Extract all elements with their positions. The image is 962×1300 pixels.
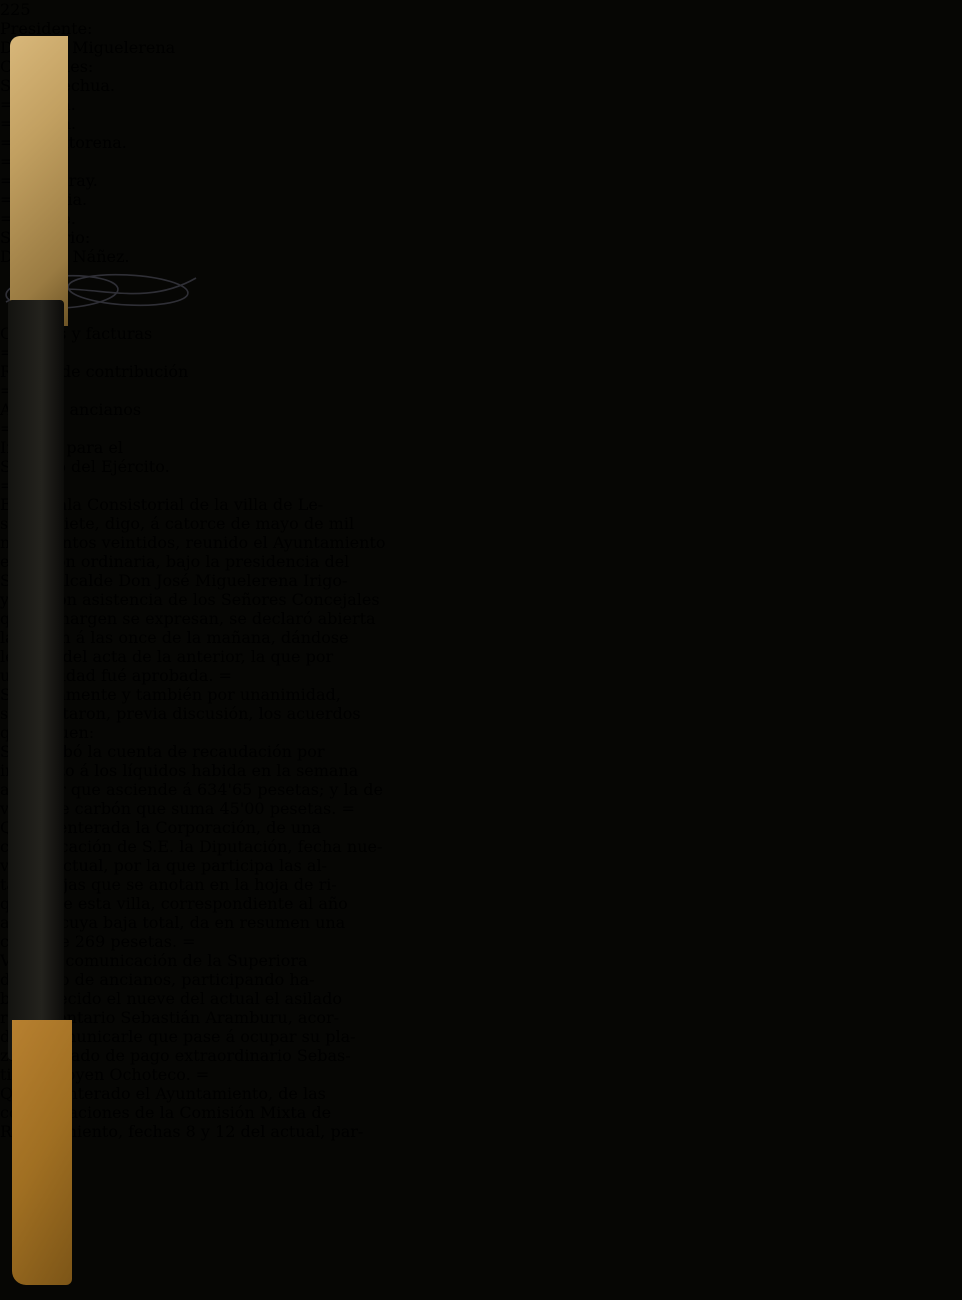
- book-scan: 225 Presidente: Dn. José Miguelerena Con…: [0, 0, 962, 1300]
- bleedthrough-page-number: 225: [0, 0, 962, 19]
- page-stack-fore-edge: [38, 44, 174, 1282]
- margin-presidente-label: Presidente:: [0, 19, 962, 38]
